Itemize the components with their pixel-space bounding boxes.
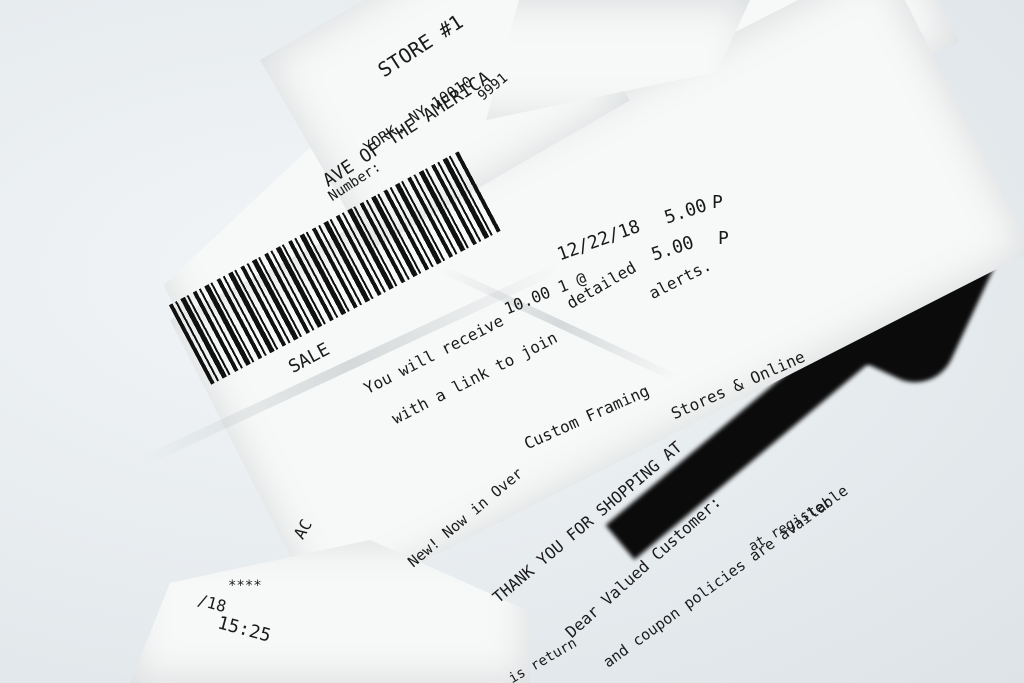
footer-stars: **** xyxy=(228,578,262,594)
line1-flag: P xyxy=(712,192,723,213)
line2-flag: P xyxy=(718,228,729,249)
